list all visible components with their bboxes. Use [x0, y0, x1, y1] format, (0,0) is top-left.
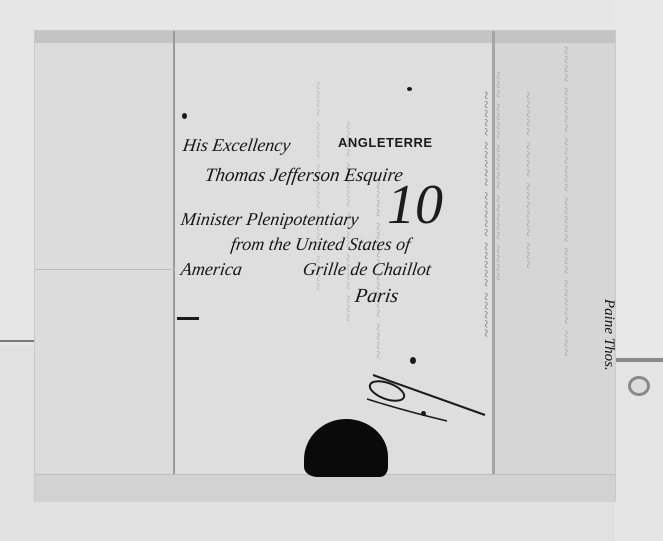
address-line-4: from the United States of: [230, 234, 412, 255]
address-line-5: America: [180, 259, 244, 280]
bleed-through-text: ~~~~~ ~~~~~ ~~~~~ ~~~~~ ~~~~~: [476, 91, 493, 338]
address-line-2: Thomas Jefferson Esquire: [203, 165, 404, 187]
scan-edge-line: [0, 340, 36, 342]
address-line-6: Grille de Chaillot: [302, 259, 433, 280]
letter-sheet: ~~~ ~~~~ ~~~~~ ~~~~~ ~~~~ ~~~~~ ~~~~ ~~~…: [35, 31, 615, 501]
ink-mark: [421, 411, 426, 416]
sheet-top-edge: [35, 31, 615, 43]
ink-flourish-icon: [365, 371, 495, 441]
postmark-stamp: ANGLETERRE: [338, 135, 433, 150]
ink-mark: [407, 87, 412, 91]
bleed-through-text: ~~~~ ~~~~~ ~~~~~~ ~~~~~ ~~~ ~~~~~ ~~~: [556, 46, 573, 357]
postage-rate-mark: 10: [387, 177, 443, 233]
docket-note: Paine Thos.: [600, 299, 617, 371]
fold-line-horizontal: [35, 269, 175, 270]
left-fold-panel: [35, 43, 173, 474]
fold-line-left: [173, 31, 175, 474]
sheet-bottom-edge: [35, 474, 615, 502]
address-line-7: Paris: [353, 285, 400, 308]
bleed-through-text: ~~~~~ ~~~~ ~~~~~~ ~~~: [518, 91, 535, 269]
right-fold-panel: [495, 43, 615, 474]
ink-mark: [410, 357, 416, 364]
binder-hole-icon: [628, 376, 650, 396]
ink-mark: [177, 317, 199, 320]
address-line-3: Minister Plenipotentiary: [180, 209, 360, 230]
address-line-1: His Excellency: [182, 135, 292, 156]
ink-mark: [182, 113, 187, 119]
